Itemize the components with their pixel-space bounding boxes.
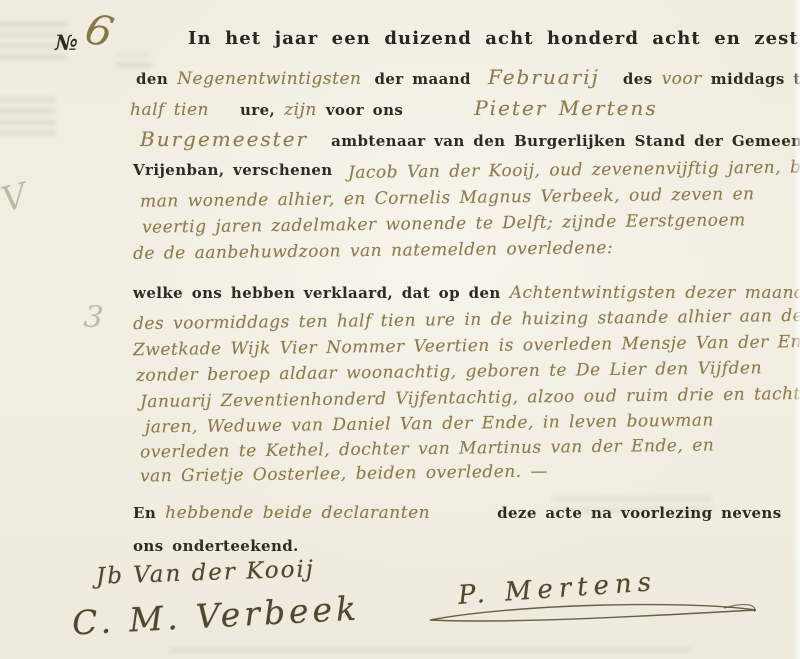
- entry-zijn: zijn: [284, 100, 317, 120]
- printed-year-text: In het jaar een duizend acht honderd ach…: [188, 28, 800, 49]
- signature-flourish: [424, 600, 764, 628]
- signature-declarant-1: Jb Van der Kooij: [96, 556, 316, 590]
- printed-middags-ten: middags ten: [711, 70, 800, 88]
- entry-day-of-month: Negenentwintigsten: [177, 69, 361, 89]
- declaration-line-8: van Grietje Oosterlee, beiden overleden.…: [140, 464, 548, 484]
- pencil-margin-mark: V: [0, 176, 31, 221]
- signature-declarant-2: C. M. Verbeek: [71, 588, 361, 642]
- entry-declarants-line-1: Jacob Van der Kooij, oud zevenenvijftig …: [348, 157, 800, 183]
- entry-death-address-name: Zwetkade Wijk Vier Nommer Veertien is ov…: [133, 332, 800, 360]
- entry-death-date: Achtentwintigsten dezer maand Februarij: [510, 283, 800, 303]
- printed-des: des: [623, 70, 653, 88]
- declaration-intro-line: welke ons hebben verklaard, dat op den A…: [133, 283, 800, 303]
- declarants-line-4: de de aanbehuwdzoon van natemelden overl…: [133, 241, 613, 261]
- printed-der-maand: der maand: [374, 70, 470, 88]
- act-number-label: №: [55, 30, 78, 55]
- declarants-line-3: veertig jaren zadelmaker wonende te Delf…: [142, 214, 746, 234]
- bleedthrough-mark: [0, 92, 56, 142]
- printed-den: den: [136, 70, 168, 88]
- entry-declaranten-clause: hebbende beide declaranten: [165, 503, 430, 523]
- entry-deceased-spouse: jaren, Weduwe van Daniel Van der Ende, i…: [145, 411, 714, 438]
- printed-ure: ure,: [240, 101, 275, 119]
- printed-voor-ons: voor ons: [326, 101, 403, 119]
- opening-year-line: In het jaar een duizend acht honderd ach…: [188, 28, 800, 49]
- declaration-line-4: zonder beroep aldaar woonachtig, geboren…: [136, 362, 762, 382]
- closing-line-2: ons onderteekend.: [133, 537, 299, 555]
- printed-en: En: [133, 504, 156, 522]
- printed-ambtenaar-text: ambtenaar van den Burgerlijken Stand der…: [331, 132, 800, 150]
- declaration-line-7: overleden te Kethel, dochter van Martinu…: [140, 439, 714, 459]
- declaration-line-6: jaren, Weduwe van Daniel Van der Ende, i…: [145, 414, 714, 434]
- act-number: №: [55, 30, 78, 55]
- printed-verklaard-text: welke ons hebben verklaard, dat op den: [133, 284, 501, 302]
- entry-month: Februarij: [488, 65, 600, 89]
- opening-date-line: den Negenentwintigsten der maand Februar…: [136, 65, 800, 89]
- entry-deceased-mother: van Grietje Oosterlee, beiden overleden.…: [140, 462, 548, 487]
- printed-gemeente-verschenen: Vrijenban, verschenen: [133, 161, 333, 179]
- entry-hour: half tien: [130, 100, 209, 120]
- entry-death-time-place: des voormiddags ten half tien ure in de …: [133, 306, 800, 334]
- declaration-line-5: Januarij Zeventienhonderd Vijfentachtig,…: [140, 388, 800, 408]
- entry-declarants-line-4: de de aanbehuwdzoon van natemelden overl…: [133, 238, 613, 264]
- entry-official-title: Burgemeester: [140, 127, 308, 151]
- entry-official-name: Pieter Mertens: [474, 96, 657, 120]
- opening-time-line: half tien ure, zijn voor ons Pieter Mert…: [130, 96, 658, 120]
- printed-voorlezing-text: deze acte na voorlezing nevens: [497, 504, 781, 522]
- bleedthrough-mark: [170, 644, 690, 659]
- declarants-line-2: man wonende alhier, en Cornelis Magnus V…: [140, 188, 755, 208]
- opening-gemeente-line: Vrijenban, verschenen Jacob Van der Kooi…: [133, 160, 800, 180]
- entry-daypart: voor: [662, 69, 702, 89]
- closing-line-1: En hebbende beide declaranten deze acte …: [133, 503, 782, 523]
- declaration-line-2: des voormiddags ten half tien ure in de …: [133, 310, 800, 330]
- pencil-margin-mark: 3: [82, 299, 105, 336]
- act-number-value: 6: [80, 3, 118, 57]
- declaration-line-3: Zwetkade Wijk Vier Nommer Veertien is ov…: [133, 336, 800, 356]
- entry-deceased-birth: zonder beroep aldaar woonachtig, geboren…: [136, 358, 762, 386]
- entry-deceased-parents: overleden te Kethel, dochter van Martinu…: [140, 435, 714, 462]
- opening-title-line: Burgemeester ambtenaar van den Burgerlij…: [140, 127, 800, 151]
- entry-deceased-age: Januarij Zeventienhonderd Vijfentachtig,…: [140, 384, 800, 412]
- death-certificate-document: V 3 № 6 In het jaar een duizend acht hon…: [0, 0, 800, 659]
- entry-declarants-line-3: veertig jaren zadelmaker wonende te Delf…: [142, 210, 746, 237]
- entry-declarants-line-2: man wonende alhier, en Cornelis Magnus V…: [140, 184, 755, 212]
- printed-ondertekend-text: ons onderteekend.: [133, 537, 299, 555]
